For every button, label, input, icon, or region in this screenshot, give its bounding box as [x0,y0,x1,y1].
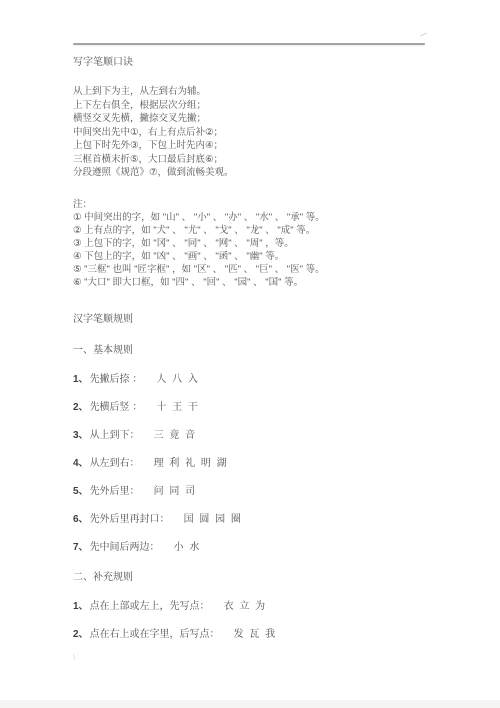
rule-label: 点在右上或在字里，后写点： [90,629,220,640]
rule-label: 先撇后捺 ： [90,374,143,385]
rule-examples: 发 瓦 我 [234,629,277,640]
rule-row: 7、先中间后两边：小 水 [73,542,435,553]
document-content: 写字笔顺口诀 从上到下为主，从左到右为辅。 上下左右俱全，根据层次分组； 横竖交… [73,57,435,650]
verse-line: 从上到下为主，从左到右为辅。 [73,85,435,99]
rule-examples: 人 八 入 [156,374,199,385]
rule-number: 2、 [73,629,89,640]
rule-row: 4、从左到右：理 利 礼 明 湖 [73,458,435,469]
rule-examples: 三 竟 音 [154,430,197,441]
note-item: ⑥ "大口" 即大口框，如 "四" 、 "回" 、 "园" 、 "国" 等。 [73,276,435,289]
section-title-stroke-rules: 汉字笔顺规则 [73,314,435,326]
note-item: ③ 上包下的字，如 "冈" 、 "同" 、 "网" 、 "周" ，等。 [73,237,435,250]
note-item: ④ 下包上的字，如 "凶" 、 "画" 、 "函" 、 "幽" 等。 [73,250,435,263]
verse-line: 三框首横末折⑤，大口最后封底⑥； [73,153,435,167]
rule-label: 先中间后两边： [90,542,160,553]
supplement-rules-list: 1、点在上部或左上，先写点：衣 立 为 2、点在右上或在字里，后写点：发 瓦 我 [73,601,435,640]
rule-number: 1、 [73,601,89,612]
rule-examples: 小 水 [174,542,201,553]
rule-examples: 问 同 司 [154,486,197,497]
subsection-basic-rules: 一、基本规则 [73,345,435,357]
page-title: 写字笔顺口诀 [73,57,435,68]
rule-number: 5、 [73,486,89,497]
rule-label: 点在上部或左上，先写点： [90,601,210,612]
rule-label: 从上到下： [90,430,140,441]
rule-examples: 理 利 礼 明 湖 [154,458,229,469]
rule-number: 6、 [73,514,89,525]
verse-line: 横竖交叉先横，撇捺交叉先撇； [73,112,435,126]
faint-footer-mark: \ [73,652,76,662]
verse-line: 上下左右俱全，根据层次分组； [73,99,435,113]
bottom-edge-strip [0,700,500,708]
rule-label: 先横后竖 ： [90,402,143,413]
note-item: ⑤ "三框" 也叫 "匠字框" ，如 "区" 、 "匹" 、 "巨" 、 "医"… [73,263,435,276]
rule-row: 6、先外后里再封口：国 圆 园 圈 [73,514,435,525]
top-divider-line [73,43,425,45]
rule-number: 2、 [73,402,89,413]
rule-label: 先外后里： [90,486,140,497]
rule-label: 先外后里再封口： [90,514,170,525]
verse-line: 分段遵照《规范》⑦，做到流畅美观。 [73,166,435,180]
stroke-order-verse: 从上到下为主，从左到右为辅。 上下左右俱全，根据层次分组； 横竖交叉先横，撇捺交… [73,85,435,180]
rule-number: 1、 [73,374,89,385]
rule-row: 5、先外后里：问 同 司 [73,486,435,497]
document-page: 写字笔顺口诀 从上到下为主，从左到右为辅。 上下左右俱全，根据层次分组； 横竖交… [0,0,500,708]
rule-row: 2、点在右上或在字里，后写点：发 瓦 我 [73,629,435,640]
rule-examples: 衣 立 为 [224,601,267,612]
rule-row: 3、从上到下：三 竟 音 [73,430,435,441]
rule-row: 2、先横后竖 ：十 王 干 [73,402,435,413]
rule-row: 1、点在上部或左上，先写点：衣 立 为 [73,601,435,612]
rule-number: 3、 [73,430,89,441]
note-item: ② 上有点的字，如 "犬" 、 "尤" 、 "戈" 、 "龙" 、 "成" 等。 [73,224,435,237]
scan-artifact-mark [420,33,427,37]
notes-label: 注： [73,198,435,211]
basic-rules-list: 1、先撇后捺 ：人 八 入 2、先横后竖 ：十 王 干 3、从上到下：三 竟 音… [73,374,435,553]
rule-label: 从左到右： [90,458,140,469]
rule-examples: 十 王 干 [156,402,199,413]
note-item: ① 中间突出的字，如 "山" 、 "小" 、 "办" 、 "水" 、 "承" 等… [73,211,435,224]
verse-line: 中间突出先中①，右上有点后补②； [73,126,435,140]
verse-line: 上包下时先外③，下包上时先内④； [73,139,435,153]
rule-row: 1、先撇后捺 ：人 八 入 [73,374,435,385]
rule-examples: 国 圆 园 圈 [184,514,243,525]
rule-number: 4、 [73,458,89,469]
subsection-supplement-rules: 二、补充规则 [73,572,435,584]
rule-number: 7、 [73,542,89,553]
notes-list: ① 中间突出的字，如 "山" 、 "小" 、 "办" 、 "水" 、 "承" 等… [73,211,435,289]
